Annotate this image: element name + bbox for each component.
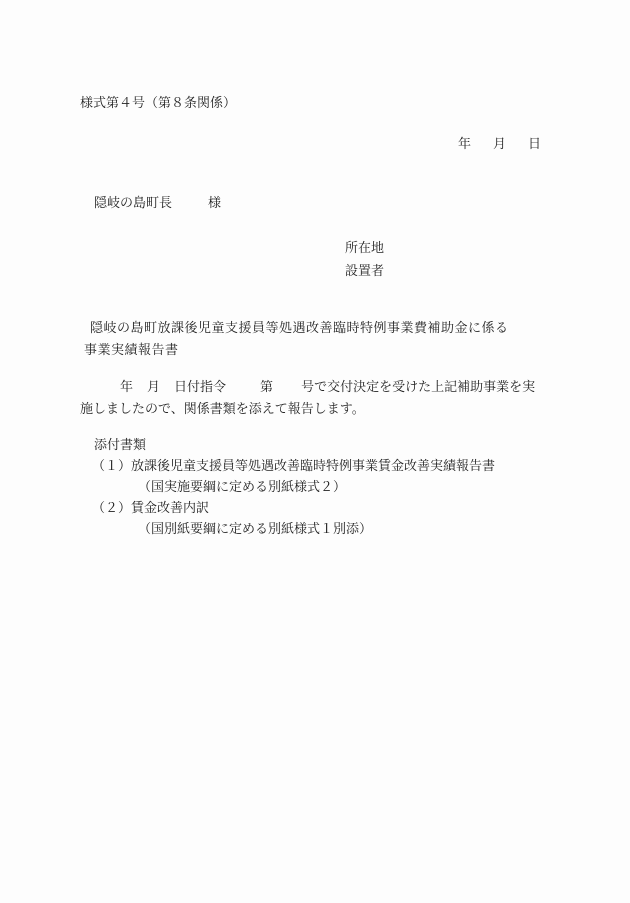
body-number-prefix: 第 xyxy=(260,380,273,395)
body-day-directive: 日付指令 xyxy=(174,380,226,395)
title-line-1: 隠岐の島町放課後児童支援員等処遇改善臨時特例事業費補助金に係る xyxy=(90,321,509,336)
body-month: 月 xyxy=(147,380,160,395)
attachment-item-1: （１）放課後児童支援員等処遇改善臨時特例事業賃金改善実績報告書 xyxy=(92,456,495,477)
date-day: 日 xyxy=(528,138,541,151)
date-month: 月 xyxy=(493,138,506,151)
founder-label: 設置者 xyxy=(345,260,384,283)
applicant-block: 所在地 設置者 xyxy=(345,237,384,283)
addressee-name: 隠岐の島町長 xyxy=(94,196,172,211)
attachment-note-1: （国実施要綱に定める別紙様式２） xyxy=(138,477,495,498)
addressee: 隠岐の島町長様 xyxy=(94,197,221,210)
date-line: 年月日 xyxy=(458,138,541,151)
body-paragraph: 年月日付指令第号で交付決定を受けた上記補助事業を実 施しましたので、関係書類を添… xyxy=(80,377,535,421)
attachment-item-2: （２）賃金改善内訳 xyxy=(92,498,495,519)
body-line-2: 施しましたので、関係書類を添えて報告します。 xyxy=(80,399,535,421)
title-line-2: 事業実績報告書 xyxy=(84,340,509,362)
date-year: 年 xyxy=(458,138,471,151)
attachments-heading: 添付書類 xyxy=(94,435,495,456)
document-title: 隠岐の島町放課後児童支援員等処遇改善臨時特例事業費補助金に係る 事業実績報告書 xyxy=(90,318,509,362)
attachments-section: 添付書類 （１）放課後児童支援員等処遇改善臨時特例事業賃金改善実績報告書 （国実… xyxy=(94,435,495,540)
body-line-1: 年月日付指令第号で交付決定を受けた上記補助事業を実 xyxy=(80,377,535,399)
addressee-honorific: 様 xyxy=(208,196,221,211)
body-line-1-rest: 号で交付決定を受けた上記補助事業を実 xyxy=(301,380,535,395)
attachment-note-2: （国別紙要綱に定める別紙様式１別添） xyxy=(138,519,495,540)
location-label: 所在地 xyxy=(345,237,384,260)
body-year: 年 xyxy=(120,380,133,395)
form-number: 様式第４号（第８条関係） xyxy=(80,97,236,110)
